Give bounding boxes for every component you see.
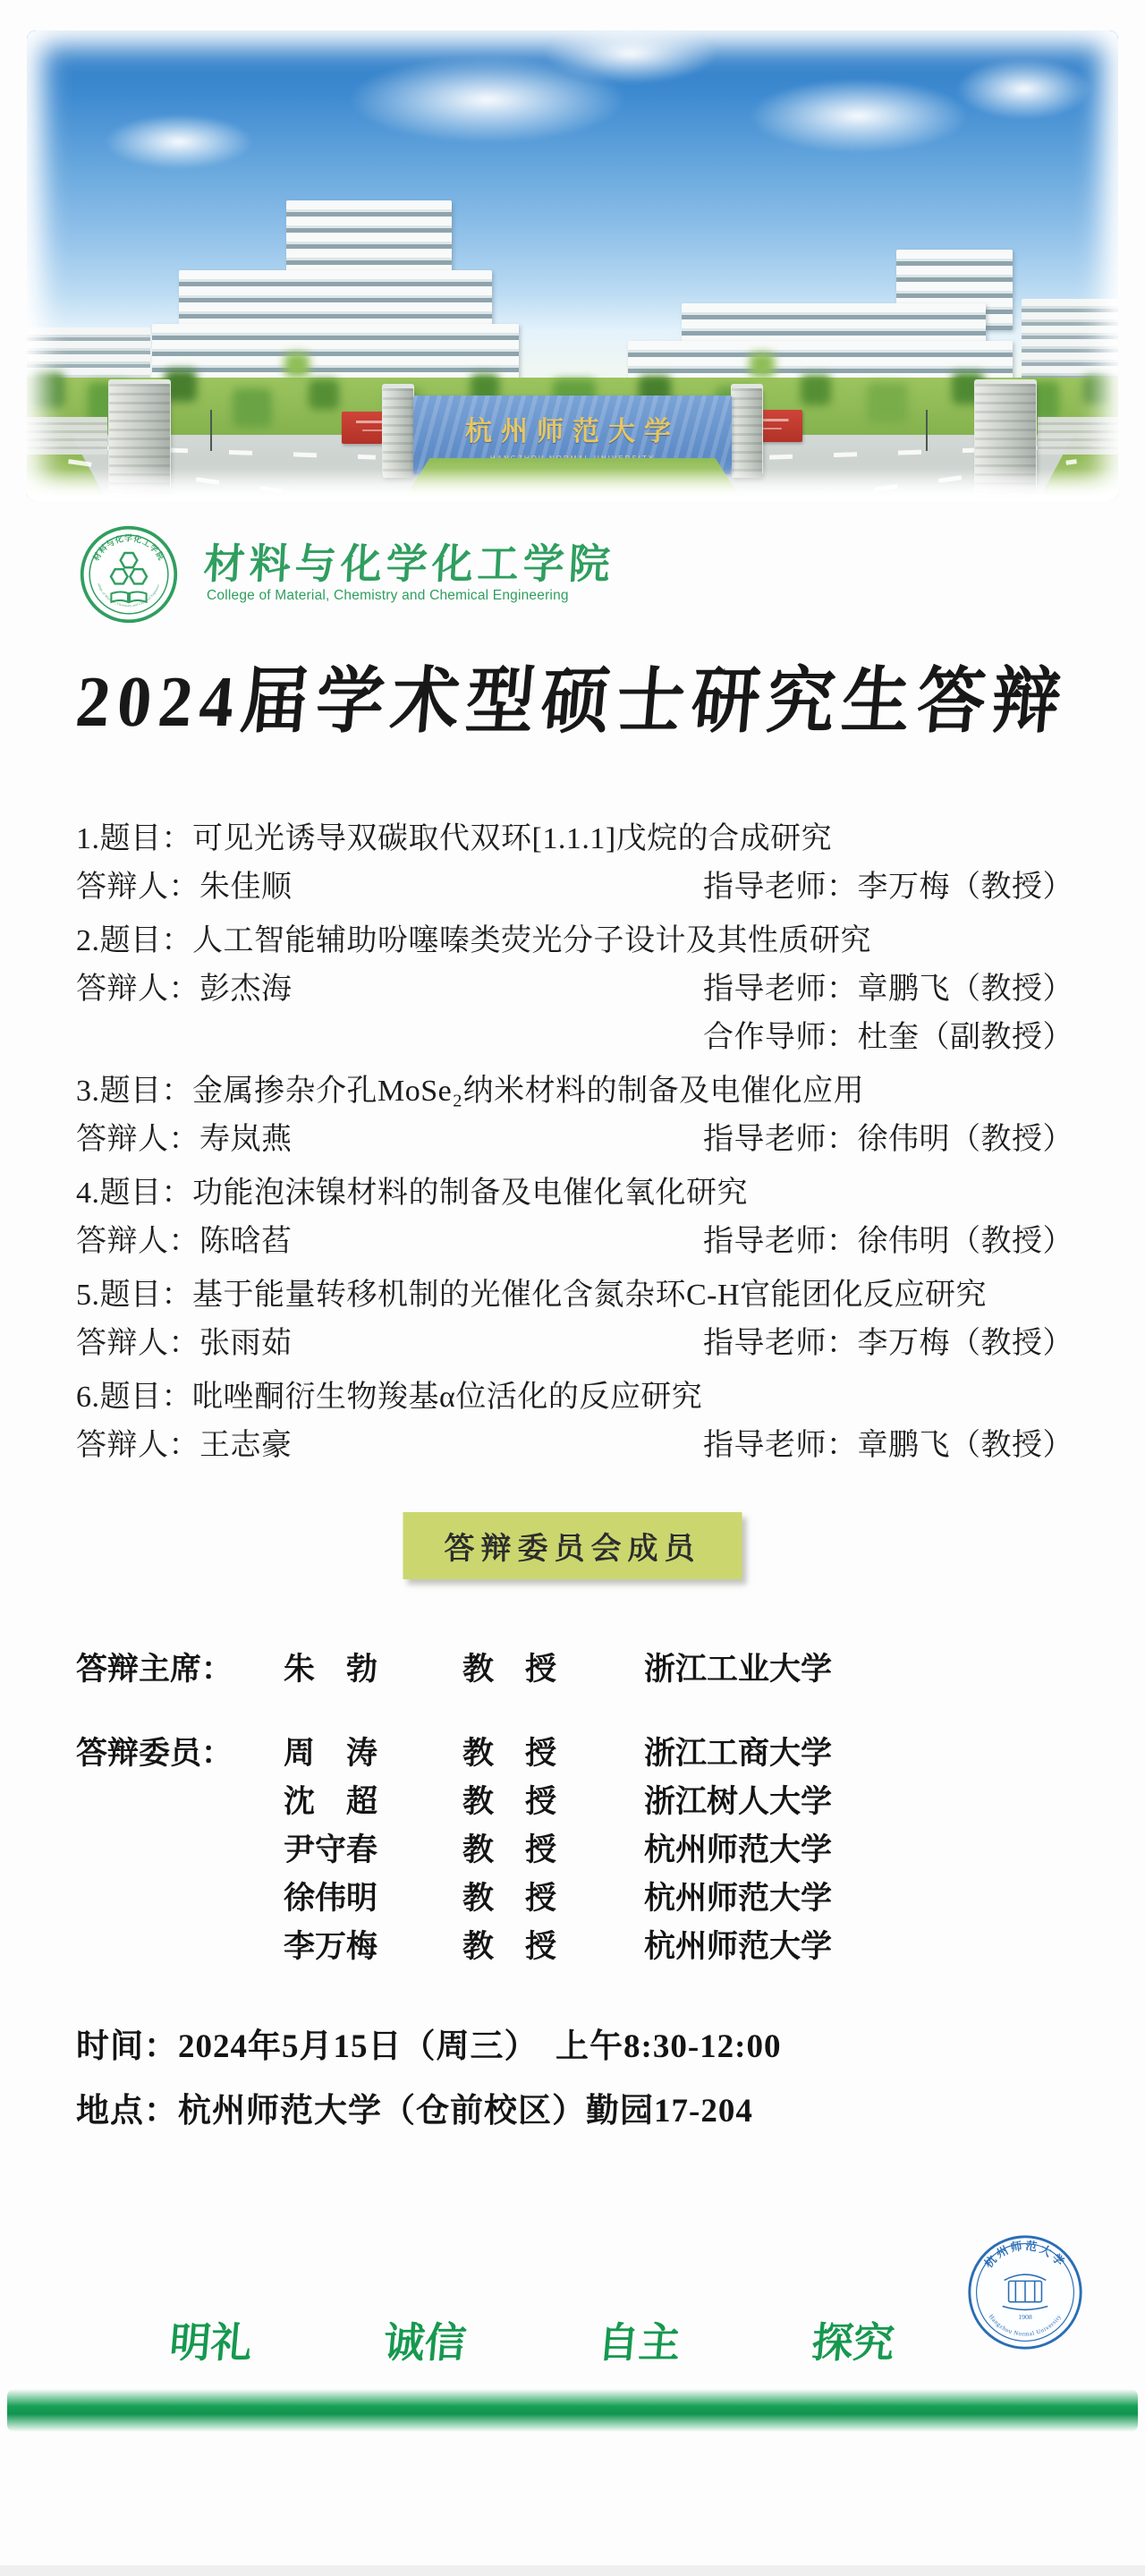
defender: 答辩人：朱佳顺: [76, 868, 293, 907]
person-row: 答辩人：张雨茹 指导老师：李万梅（教授）: [76, 1324, 1073, 1364]
footer-green-bar: [7, 2389, 1138, 2432]
college-name: 材料与化学化工学院: [202, 531, 615, 591]
location-value: 杭州师范大学（仓前校区）勤园17-204: [178, 2093, 753, 2130]
committee-member-row: 徐伟明 教 授 杭州师范大学: [76, 1872, 1073, 1920]
page-bottom-edge: [0, 2565, 1145, 2576]
university-seal-icon: 杭州师范大学 Hangzhou Normal University 1908: [964, 2232, 1086, 2353]
time-value: 2024年5月15日（周三） 上午8:30-12:00: [178, 2028, 781, 2065]
gate-sign-name: 杭州师范大学: [413, 409, 732, 448]
member-title: 教 授: [462, 1825, 637, 1870]
topic-line: 5.题目：基于能量转移机制的光催化含氮杂环C-H官能团化反应研究: [76, 1276, 1073, 1315]
member-name: 李万梅: [284, 1922, 462, 1967]
motto-word: 明礼: [167, 2310, 255, 2369]
time-row: 时间：2024年5月15日（周三） 上午8:30-12:00: [76, 2019, 1073, 2067]
member-title: 教 授: [462, 1777, 637, 1822]
defense-item: 3.题目：金属掺杂介孔MoSe₂纳米材料的制备及电催化应用 答辩人：寿岚燕 指导…: [76, 1072, 1073, 1160]
committee-member-row: 沈 超 教 授 浙江树人大学: [76, 1775, 1073, 1824]
gate-wall-right: [1038, 417, 1118, 455]
topic-line: 3.题目：金属掺杂介孔MoSe₂纳米材料的制备及电催化应用: [76, 1072, 1073, 1111]
building-right: [628, 250, 1013, 388]
defender: 答辩人：张雨茹: [76, 1324, 293, 1364]
member-name: 周 涛: [284, 1729, 462, 1773]
defense-list: 1.题目：可见光诱导双碳取代双环[1.1.1]戊烷的合成研究 答辩人：朱佳顺 指…: [76, 820, 1073, 1480]
advisor: 指导老师：章鹏飞（教授）: [703, 970, 1073, 1009]
location-row: 地点：杭州师范大学（仓前校区）勤园17-204: [76, 2083, 1073, 2131]
member-name: 尹守春: [284, 1825, 462, 1870]
committee-table: 答辩主席： 朱 勃 教 授 浙江工业大学 答辩委员： 周 涛 教 授 浙江工商大…: [76, 1643, 1073, 1968]
defense-item: 1.题目：可见光诱导双碳取代双环[1.1.1]戊烷的合成研究 答辩人：朱佳顺 指…: [76, 820, 1073, 907]
college-logo-icon: 材料与化学化工学院 College of Material, Chemistry…: [79, 524, 179, 625]
topic-line: 4.题目：功能泡沫镍材料的制备及电催化氧化研究: [76, 1174, 1073, 1213]
topic-text: 金属掺杂介孔MoSe₂纳米材料的制备及电催化应用: [192, 1075, 864, 1108]
motto-word: 诚信: [381, 2310, 469, 2369]
defender: 答辩人：彭杰海: [76, 970, 293, 1009]
chair-affiliation: 浙江工业大学: [637, 1645, 832, 1689]
member-affiliation: 杭州师范大学: [637, 1874, 832, 1918]
person-row: 答辩人：寿岚燕 指导老师：徐伟明（教授）: [76, 1120, 1073, 1160]
defender: 答辩人：陈晗萏: [76, 1222, 293, 1262]
gate-pillar-inner-right: [732, 388, 762, 478]
defender: 答辩人：王志豪: [76, 1426, 293, 1466]
committee-header-badge: 答辩委员会成员: [403, 1512, 742, 1579]
defense-item: 6.题目：吡唑酮衍生物羧基α位活化的反应研究 答辩人：王志豪 指导老师：章鹏飞（…: [76, 1378, 1073, 1466]
member-name: 徐伟明: [284, 1874, 462, 1918]
member-affiliation: 浙江工商大学: [637, 1729, 832, 1773]
member-name: 沈 超: [284, 1777, 462, 1822]
defense-item: 4.题目：功能泡沫镍材料的制备及电催化氧化研究 答辩人：陈晗萏 指导老师：徐伟明…: [76, 1174, 1073, 1262]
topic-line: 2.题目：人工智能辅助吩噻嗪类荧光分子设计及其性质研究: [76, 922, 1073, 961]
committee-chair-row: 答辩主席： 朱 勃 教 授 浙江工业大学: [76, 1643, 1073, 1691]
motto-word: 自主: [596, 2310, 683, 2369]
co-advisor: 合作导师：杜奎（副教授）: [76, 1018, 1073, 1058]
advisor: 指导老师：徐伟明（教授）: [703, 1222, 1073, 1262]
committee-member-row: 李万梅 教 授 杭州师范大学: [76, 1920, 1073, 1968]
member-affiliation: 杭州师范大学: [637, 1922, 832, 1967]
member-affiliation: 浙江树人大学: [637, 1777, 832, 1822]
motto-word: 探究: [810, 2310, 897, 2369]
lamp-post: [926, 410, 928, 451]
committee-member-row: 尹守春 教 授 杭州师范大学: [76, 1824, 1073, 1872]
topic-text: 可见光诱导双碳取代双环[1.1.1]戊烷的合成研究: [192, 822, 832, 855]
person-row: 答辩人：彭杰海 指导老师：章鹏飞（教授）: [76, 970, 1073, 1009]
members-label: 答辩委员：: [76, 1729, 284, 1773]
building-far-right: [1022, 299, 1118, 387]
member-affiliation: 杭州师范大学: [637, 1825, 832, 1870]
defense-item: 2.题目：人工智能辅助吩噻嗪类荧光分子设计及其性质研究 答辩人：彭杰海 指导老师…: [76, 922, 1073, 1058]
motto-row: 明礼 诚信 自主 探究: [167, 2310, 897, 2369]
cloud: [930, 47, 1118, 132]
person-row: 答辩人：朱佳顺 指导老师：李万梅（教授）: [76, 868, 1073, 907]
chair-title: 教 授: [462, 1645, 637, 1689]
advisor: 指导老师：李万梅（教授）: [703, 868, 1073, 907]
campus-photo: 杭州师范大学 HANGZHOU NORMAL UNIVERSITY: [27, 30, 1118, 501]
building-left: [152, 200, 519, 384]
poster: 杭州师范大学 HANGZHOU NORMAL UNIVERSITY 材料与化学化…: [0, 0, 1145, 2576]
gate-wall-left: [27, 417, 107, 455]
advisor: 指导老师：章鹏飞（教授）: [703, 1426, 1073, 1466]
defense-item: 5.题目：基于能量转移机制的光催化含氮杂环C-H官能团化反应研究 答辩人：张雨茹…: [76, 1276, 1073, 1364]
member-title: 教 授: [462, 1922, 637, 1967]
member-title: 教 授: [462, 1874, 637, 1918]
photo-fade: [27, 469, 1118, 501]
committee-member-row: 答辩委员： 周 涛 教 授 浙江工商大学: [76, 1727, 1073, 1775]
trees: [27, 30, 30, 34]
building-far-left: [27, 327, 150, 383]
chair-name: 朱 勃: [284, 1645, 462, 1689]
cloud: [510, 30, 751, 96]
member-title: 教 授: [462, 1729, 637, 1773]
topic-text: 吡唑酮衍生物羧基α位活化的反应研究: [192, 1381, 702, 1414]
topic-text: 人工智能辅助吩噻嗪类荧光分子设计及其性质研究: [192, 924, 871, 957]
page-title: 2024届学术型硕士研究生答辩: [0, 643, 1145, 747]
defender: 答辩人：寿岚燕: [76, 1120, 293, 1160]
person-row: 答辩人：王志豪 指导老师：章鹏飞（教授）: [76, 1426, 1073, 1466]
topic-text: 基于能量转移机制的光催化含氮杂环C-H官能团化反应研究: [192, 1279, 987, 1312]
cloud: [76, 104, 282, 180]
college-name-en: College of Material, Chemistry and Chemi…: [207, 588, 569, 604]
topic-text: 功能泡沫镍材料的制备及电催化氧化研究: [192, 1177, 748, 1210]
person-row: 答辩人：陈晗萏 指导老师：徐伟明（教授）: [76, 1222, 1073, 1262]
chair-label: 答辩主席：: [76, 1645, 284, 1689]
gate-pillar-inner-left: [383, 388, 413, 478]
advisor: 指导老师：徐伟明（教授）: [703, 1120, 1073, 1160]
topic-line: 6.题目：吡唑酮衍生物羧基α位活化的反应研究: [76, 1378, 1073, 1417]
lamp-post: [210, 410, 212, 451]
seal-year: 1908: [1018, 2313, 1032, 2321]
advisor: 指导老师：李万梅（教授）: [703, 1324, 1073, 1364]
topic-line: 1.题目：可见光诱导双碳取代双环[1.1.1]戊烷的合成研究: [76, 820, 1073, 859]
